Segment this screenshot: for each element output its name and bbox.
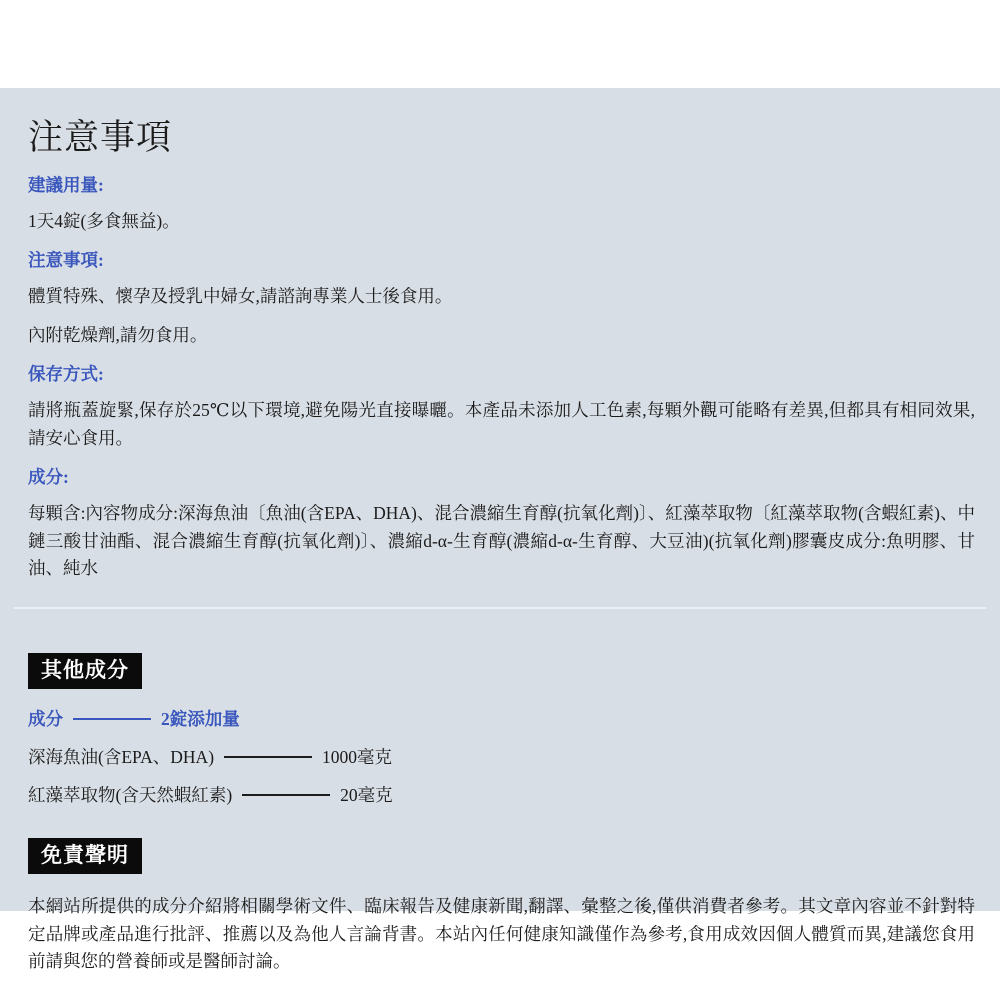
section-heading-precautions: 注意事項: (28, 249, 975, 272)
ingredient-amount: 1000毫克 (322, 747, 392, 767)
storage-text: 請將瓶蓋旋緊,保存於25℃以下環境,避免陽光直接曝曬。本產品未添加人工色素,每顆… (28, 397, 975, 452)
ingredient-row-fish-oil: 深海魚油(含EPA、DHA)1000毫克 (28, 746, 975, 769)
disclaimer-heading-label: 免責聲明 (41, 844, 129, 867)
other-ingredients-heading-label: 其他成分 (41, 659, 129, 682)
page-title: 注意事項 (28, 110, 975, 160)
dash-line (73, 718, 151, 720)
ingredient-name: 深海魚油(含EPA、DHA) (28, 747, 214, 767)
dash-line (242, 794, 330, 796)
dash-line (224, 756, 312, 758)
disclaimer-text: 本網站所提供的成分介紹將相關學術文件、臨床報告及健康新聞,翻譯、彙整之後,僅供消… (28, 893, 975, 974)
ingredient-header-name: 成分 (28, 709, 63, 729)
ingredient-header-amount: 2錠添加量 (161, 709, 240, 729)
ingredients-text: 每顆含:內容物成分:深海魚油〔魚油(含EPA、DHA)、混合濃縮生育醇(抗氧化劑… (28, 500, 975, 583)
other-ingredients-heading-box: 其他成分 (28, 653, 142, 689)
product-notice-panel: 注意事項 建議用量: 1天4錠(多食無益)。 注意事項: 體質特殊、懷孕及授乳中… (0, 88, 1000, 911)
section-heading-dosage: 建議用量: (28, 174, 975, 197)
section-heading-ingredients: 成分: (28, 466, 975, 489)
ingredient-amount: 20毫克 (340, 785, 393, 805)
ingredient-name: 紅藻萃取物(含天然蝦紅素) (28, 785, 232, 805)
disclaimer-heading-box: 免責聲明 (28, 838, 142, 874)
ingredient-table-header: 成分2錠添加量 (28, 708, 975, 731)
precaution-text-1: 體質特殊、懷孕及授乳中婦女,請諮詢專業人士後食用。 (28, 283, 975, 311)
dosage-text: 1天4錠(多食無益)。 (28, 208, 975, 236)
precaution-text-2: 內附乾燥劑,請勿食用。 (28, 322, 975, 350)
product-info-page: 注意事項 建議用量: 1天4錠(多食無益)。 注意事項: 體質特殊、懷孕及授乳中… (0, 0, 1000, 1000)
section-heading-storage: 保存方式: (28, 363, 975, 386)
ingredient-row-red-algae: 紅藻萃取物(含天然蝦紅素)20毫克 (28, 784, 975, 807)
